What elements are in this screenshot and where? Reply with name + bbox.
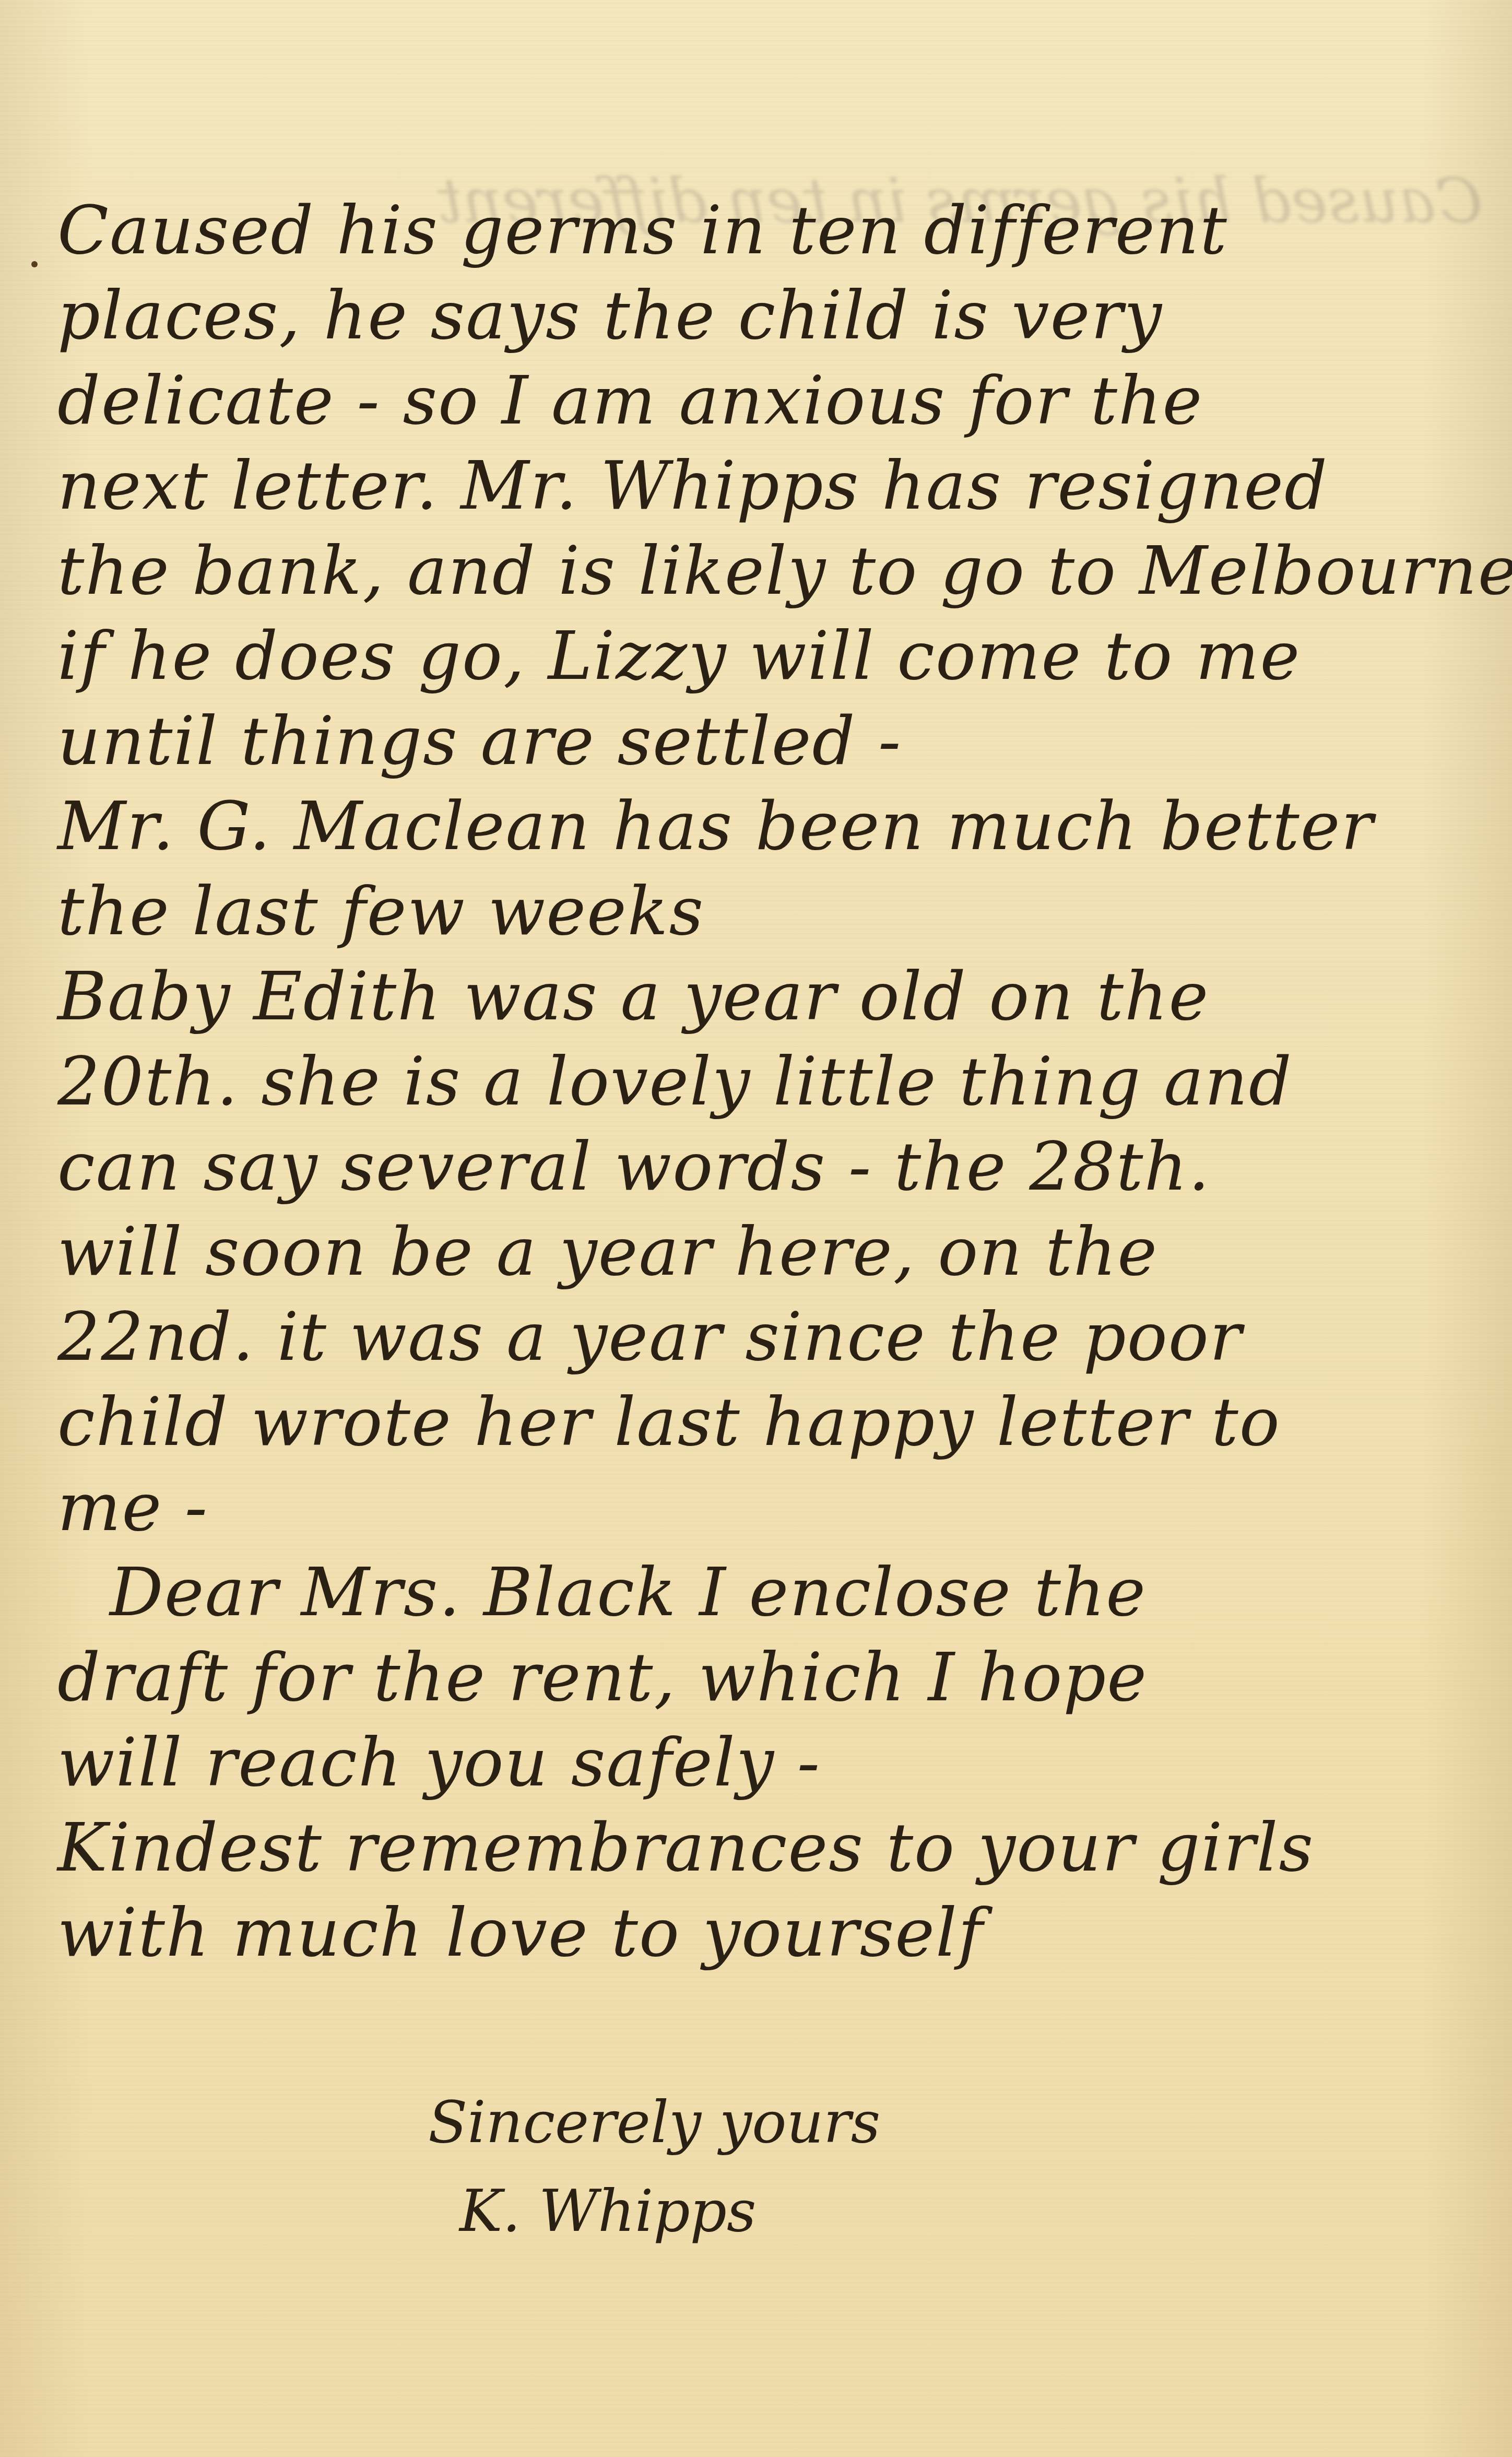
letter-line: the bank, and is likely to go to Melbour… <box>57 528 1478 614</box>
letter-line: draft for the rent, which I hope <box>57 1635 1478 1720</box>
letter-line: Kindest remembrances to your girls <box>57 1805 1478 1890</box>
letter-line: until things are settled - <box>57 699 1478 784</box>
letter-line: with much love to yourself <box>57 1890 1478 1976</box>
letter-line: me - <box>57 1465 1478 1550</box>
ink-spot <box>31 261 38 267</box>
letter-line: if he does go, Lizzy will come to me <box>57 614 1478 699</box>
letter-line: child wrote her last happy letter to <box>57 1380 1478 1465</box>
letter-line: can say several words - the 28th. <box>57 1124 1478 1209</box>
letter-line: places, he says the child is very <box>57 273 1478 358</box>
letter-line: Mr. G. Maclean has been much better <box>57 784 1478 869</box>
letter-line: will soon be a year here, on the <box>57 1209 1478 1295</box>
letter-page: Caused his germs in ten different Caused… <box>0 0 1512 2457</box>
letter-line: will reach you safely - <box>57 1720 1478 1805</box>
letter-line: 22nd. it was a year since the poor <box>57 1295 1478 1380</box>
letter-line: the last few weeks <box>57 869 1478 954</box>
signature: K. Whipps <box>459 2178 756 2244</box>
closing: Sincerely yours <box>428 2089 880 2156</box>
letter-line: 20th. she is a lovely little thing and <box>57 1039 1478 1124</box>
letter-line: Caused his germs in ten different <box>57 188 1478 273</box>
letter-line: Dear Mrs. Black I enclose the <box>57 1550 1478 1635</box>
letter-line: delicate - so I am anxious for the <box>57 358 1478 443</box>
letter-line: next letter. Mr. Whipps has resigned <box>57 443 1478 528</box>
letter-line: Baby Edith was a year old on the <box>57 954 1478 1039</box>
letter-body: Caused his germs in ten different places… <box>57 188 1478 1976</box>
